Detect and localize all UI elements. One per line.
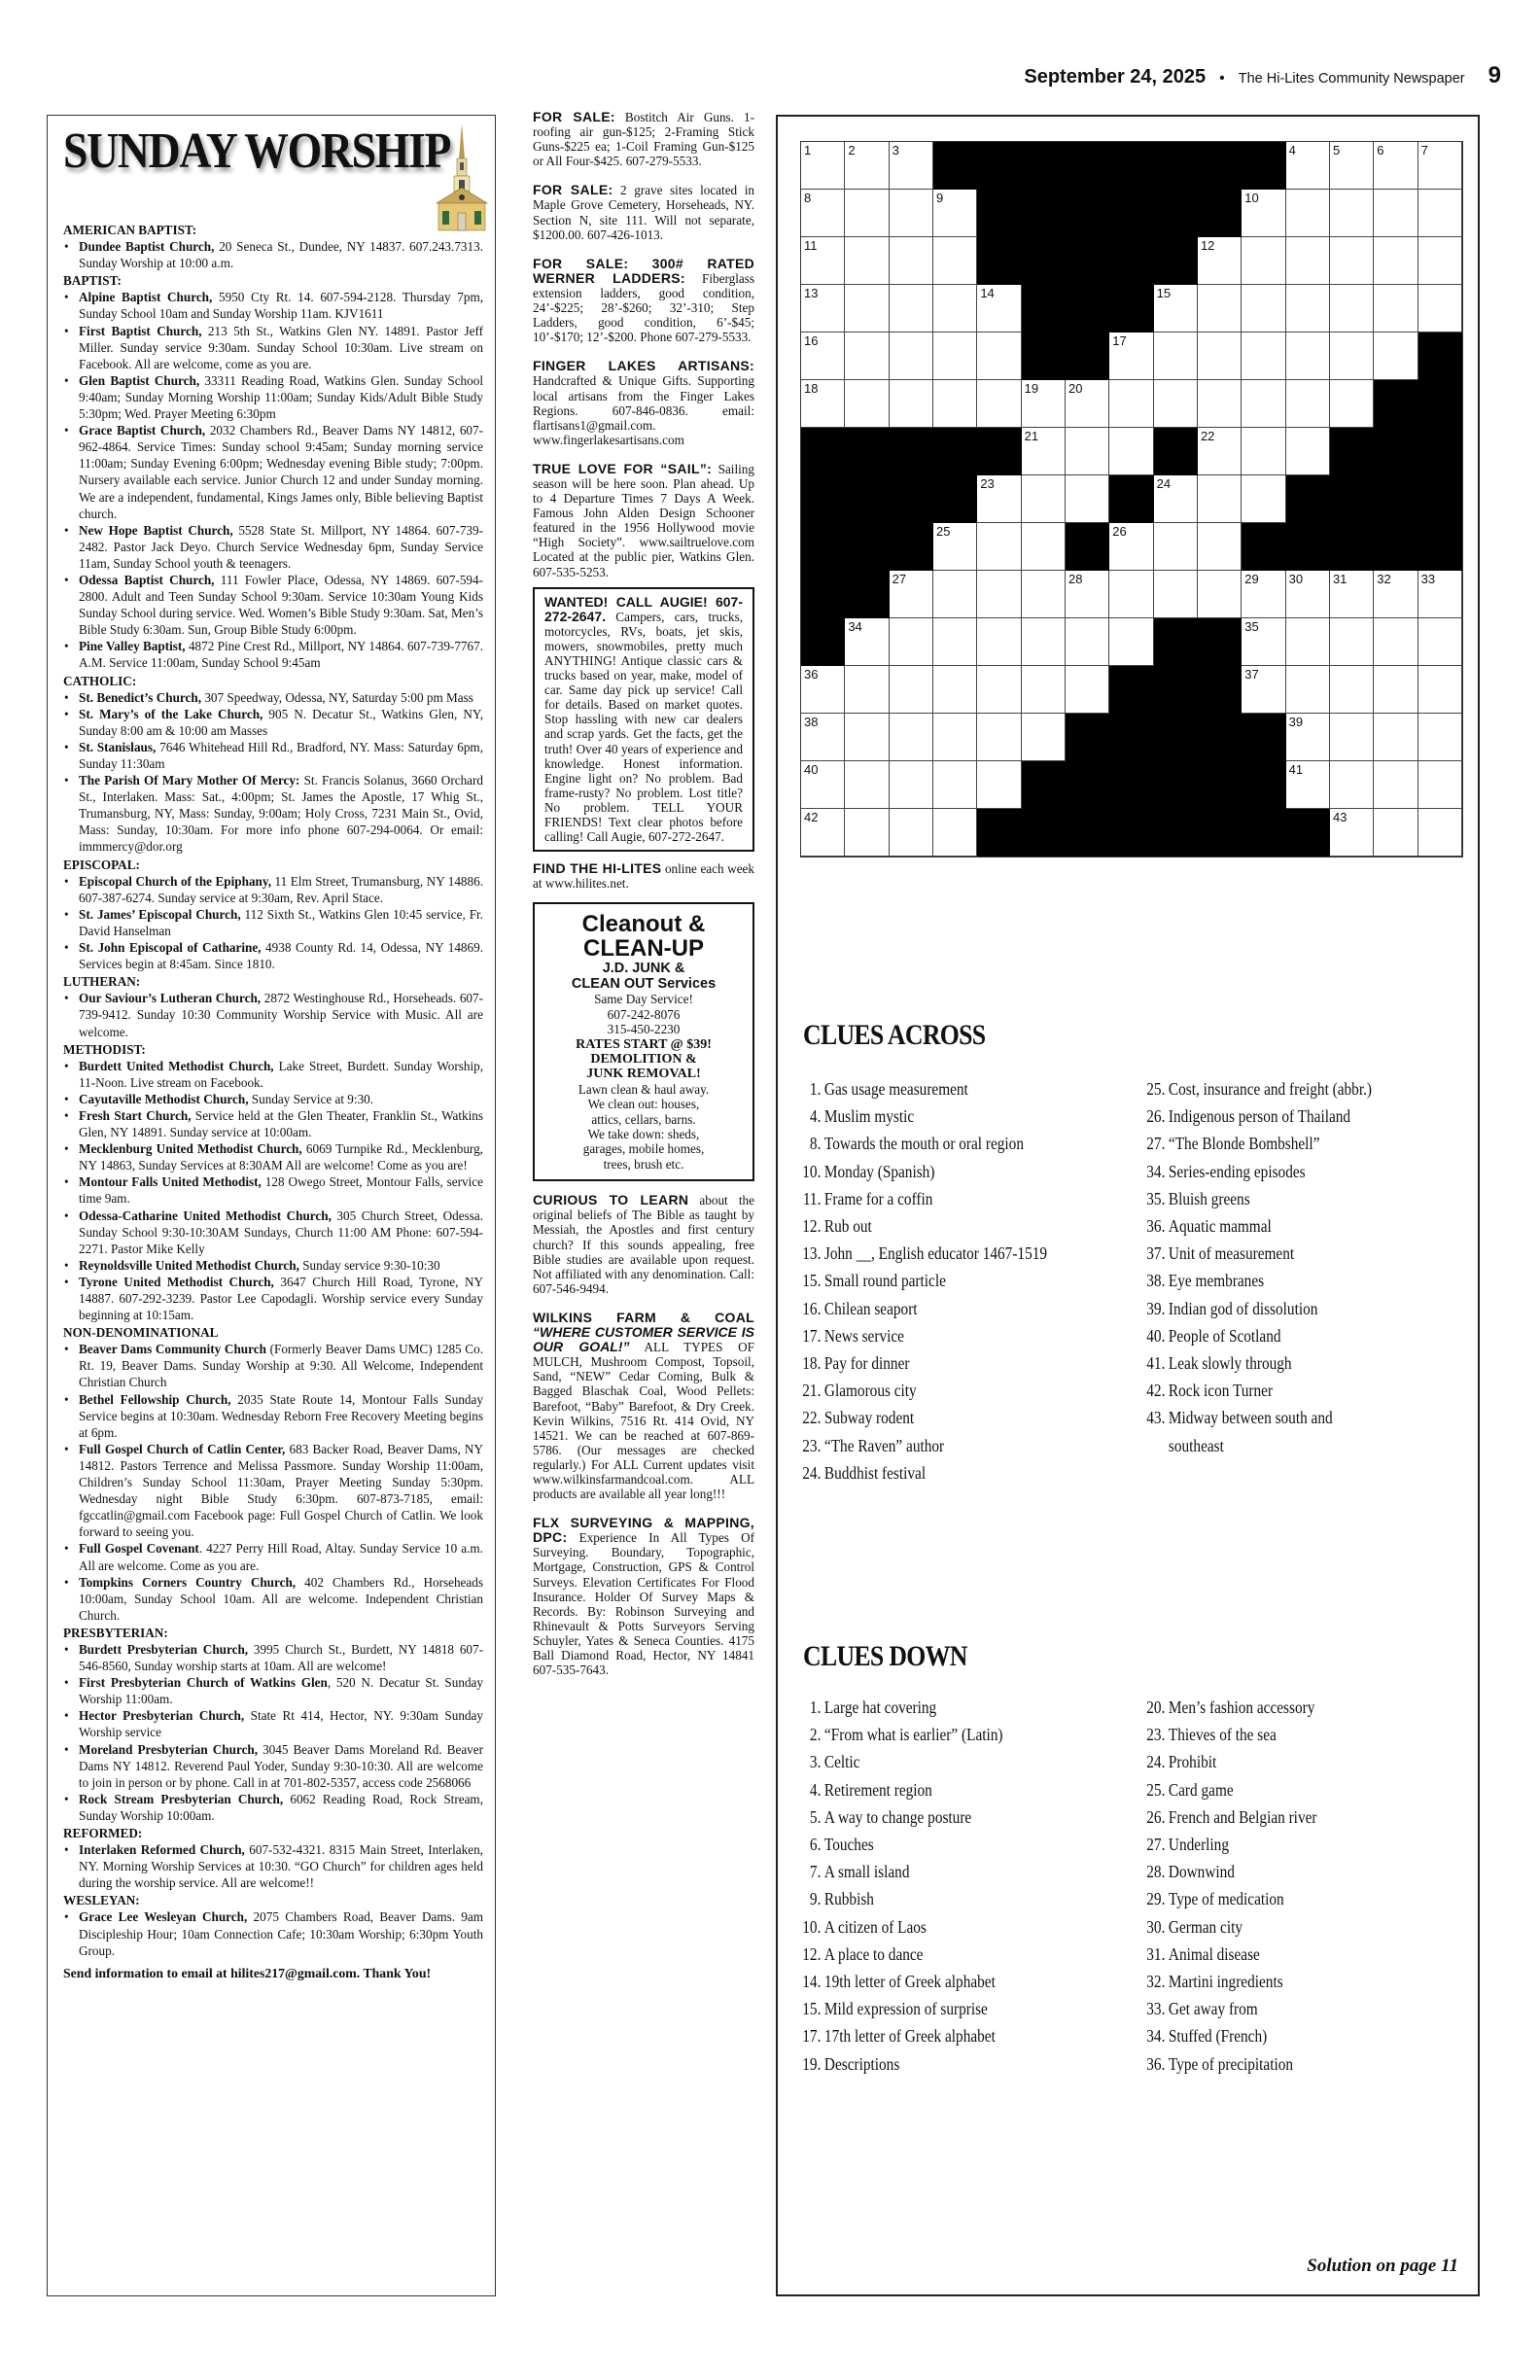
clue-text: Downwind [1169, 1858, 1235, 1885]
classified-ad: FOR SALE: 2 grave sites located in Maple… [533, 183, 754, 241]
crossword-block [1374, 475, 1417, 523]
ad-body: Handcrafted & Unique Gifts. Supporting l… [533, 373, 754, 446]
crossword-cell[interactable] [1418, 190, 1462, 237]
crossword-block [1154, 761, 1198, 809]
clue-label-number: 41. [1139, 1349, 1165, 1377]
crossword-cell[interactable]: 27 [890, 571, 933, 618]
clue-number: 34 [848, 619, 861, 634]
crossword-cell[interactable]: 25 [933, 523, 977, 571]
clue-text: Cost, insurance and freight (abbr.) [1169, 1075, 1372, 1102]
crossword-cell[interactable]: 21 [1022, 428, 1066, 475]
crossword-block [1066, 523, 1109, 571]
clues-across-heading: CLUES ACROSS [803, 1019, 985, 1052]
crossword-cell[interactable] [1418, 666, 1462, 714]
crossword-block [1374, 428, 1417, 475]
clue-number: 41 [1289, 762, 1303, 777]
clue-text: Type of precipitation [1169, 2050, 1293, 2078]
crossword-cell[interactable] [890, 190, 933, 237]
crossword-cell[interactable] [1109, 428, 1153, 475]
page-number: 9 [1488, 62, 1501, 89]
crossword-cell[interactable] [977, 332, 1021, 380]
clue-item: 42.Rock icon Turner [1139, 1377, 1372, 1404]
crossword-cell[interactable] [1242, 475, 1285, 523]
clue-item: 24.Prohibit [1139, 1748, 1316, 1775]
crossword-cell[interactable]: 4 [1286, 142, 1330, 190]
crossword-cell[interactable] [845, 380, 889, 428]
clue-number: 10 [1244, 191, 1258, 205]
crossword-cell[interactable] [1022, 475, 1066, 523]
crossword-cell[interactable] [1286, 332, 1330, 380]
church-name: St. Stanislaus, [79, 740, 156, 754]
church-details: Sunday service 9:30-10:30 [299, 1258, 440, 1273]
crossword-cell[interactable] [1109, 380, 1153, 428]
crossword-cell[interactable] [1374, 761, 1417, 809]
church-listing: Bethel Fellowship Church, 2035 State Rou… [63, 1391, 483, 1441]
crossword-block [801, 475, 845, 523]
crossword-cell[interactable]: 41 [1286, 761, 1330, 809]
crossword-cell[interactable]: 18 [801, 380, 845, 428]
clues-across-left: 1.Gas usage measurement4.Muslim mystic8.… [795, 1075, 1047, 1487]
crossword-block [1198, 714, 1242, 761]
crossword-block [1066, 142, 1109, 190]
clue-text: Midway between south and [1169, 1404, 1333, 1431]
crossword-block [1022, 142, 1066, 190]
crossword-cell[interactable]: 13 [801, 285, 845, 332]
clue-item: 15.Small round particle [795, 1267, 1047, 1294]
clue-text: Unit of measurement [1169, 1240, 1294, 1267]
church-name: St. Mary’s of the Lake Church, [79, 707, 262, 721]
church-name: Beaver Dams Community Church [79, 1342, 266, 1356]
crossword-cell[interactable] [1066, 618, 1109, 666]
crossword-block [1242, 714, 1285, 761]
clue-text: Celtic [824, 1748, 860, 1775]
crossword-cell[interactable] [1330, 666, 1374, 714]
clue-label-number: 8. [795, 1130, 821, 1157]
crossword-cell[interactable] [845, 237, 889, 285]
crossword-cell[interactable] [933, 618, 977, 666]
clue-label-number: 40. [1139, 1322, 1165, 1349]
crossword-cell[interactable] [977, 618, 1021, 666]
crossword-cell[interactable] [1022, 618, 1066, 666]
crossword-cell[interactable] [1109, 618, 1153, 666]
clue-item: southeast [1139, 1432, 1372, 1459]
crossword-block [1022, 761, 1066, 809]
cleanout-line: Same Day Service! [541, 992, 747, 1006]
crossword-block [977, 142, 1021, 190]
crossword-cell[interactable] [1418, 761, 1462, 809]
ad-body: Experience In All Types Of Surveying. Bo… [533, 1530, 754, 1677]
clue-item: 17.News service [795, 1322, 1047, 1349]
clue-number: 5 [1333, 143, 1340, 157]
crossword-cell[interactable] [1286, 666, 1330, 714]
church-name: St. John Episcopal of Catharine, [79, 940, 262, 955]
clue-number: 14 [980, 286, 994, 300]
church-listing: Full Gospel Church of Catlin Center, 683… [63, 1441, 483, 1541]
clue-item: 38.Eye membranes [1139, 1267, 1372, 1294]
clue-item: 17.17th letter of Greek alphabet [795, 2022, 1002, 2049]
crossword-cell[interactable] [933, 237, 977, 285]
classifieds-column: FOR SALE: Bostitch Air Guns. 1-roofing a… [533, 110, 754, 1692]
crossword-cell[interactable] [890, 761, 933, 809]
clue-text: Towards the mouth or oral region [824, 1130, 1024, 1157]
crossword-cell[interactable] [845, 809, 889, 857]
church-listing: Montour Falls United Methodist, 128 Oweg… [63, 1173, 483, 1207]
clue-item: 25.Cost, insurance and freight (abbr.) [1139, 1075, 1372, 1102]
crossword-cell[interactable] [1330, 761, 1374, 809]
header-separator: • [1219, 70, 1225, 87]
crossword-cell[interactable] [1066, 428, 1109, 475]
clue-item: 19.Descriptions [795, 2050, 1002, 2078]
crossword-cell[interactable] [1242, 380, 1285, 428]
crossword-cell[interactable] [1330, 618, 1374, 666]
clue-number: 1 [804, 143, 811, 157]
crossword-cell[interactable] [845, 285, 889, 332]
crossword-cell[interactable] [1330, 285, 1374, 332]
crossword-cell[interactable] [1154, 332, 1198, 380]
crossword-cell[interactable] [890, 237, 933, 285]
church-listing: St. John Episcopal of Catharine, 4938 Co… [63, 939, 483, 972]
crossword-cell[interactable] [1066, 475, 1109, 523]
crossword-cell[interactable]: 34 [845, 618, 889, 666]
clue-item: 11.Frame for a coffin [795, 1185, 1047, 1212]
crossword-cell[interactable] [1242, 237, 1285, 285]
clue-text: Chilean seaport [824, 1295, 918, 1322]
crossword-cell[interactable]: 43 [1330, 809, 1374, 857]
church-name: Grace Lee Wesleyan Church, [79, 1909, 247, 1924]
crossword-cell[interactable] [1374, 332, 1417, 380]
ad-body: ALL TYPES OF MULCH, Mushroom Compost, To… [533, 1340, 754, 1501]
crossword-cell[interactable] [933, 666, 977, 714]
crossword-cell[interactable]: 11 [801, 237, 845, 285]
clue-text: A small island [824, 1858, 910, 1885]
crossword-cell[interactable] [933, 285, 977, 332]
crossword-block [1242, 809, 1285, 857]
clue-number: 23 [980, 476, 994, 491]
crossword-cell[interactable]: 39 [1286, 714, 1330, 761]
crossword-cell[interactable] [1154, 571, 1198, 618]
crossword-cell[interactable]: 30 [1286, 571, 1330, 618]
clue-number: 3 [892, 143, 899, 157]
crossword-cell[interactable] [1109, 571, 1153, 618]
crossword-cell[interactable]: 8 [801, 190, 845, 237]
denomination-heading: NON-DENOMINATIONAL [63, 1324, 483, 1341]
crossword-cell[interactable] [977, 761, 1021, 809]
clue-text: Glamorous city [824, 1377, 917, 1404]
crossword-cell[interactable] [890, 809, 933, 857]
classified-ad: TRUE LOVE FOR “SAIL”: Sailing season wil… [533, 462, 754, 579]
crossword-cell[interactable] [1418, 285, 1462, 332]
crossword-cell[interactable]: 16 [801, 332, 845, 380]
crossword-cell[interactable] [1022, 714, 1066, 761]
crossword-cell[interactable] [1374, 714, 1417, 761]
denomination-heading: CATHOLIC: [63, 673, 483, 689]
crossword-cell[interactable] [1286, 428, 1330, 475]
crossword-cell[interactable] [977, 714, 1021, 761]
crossword-cell[interactable] [1374, 190, 1417, 237]
crossword-cell[interactable] [1330, 237, 1374, 285]
church-name: St. Benedict’s Church, [79, 690, 201, 705]
crossword-cell[interactable] [1198, 380, 1242, 428]
crossword-cell[interactable] [1198, 523, 1242, 571]
crossword-cell[interactable] [1418, 809, 1462, 857]
clue-item: 12.A place to dance [795, 1941, 1002, 1968]
crossword-cell[interactable] [1022, 571, 1066, 618]
crossword-cell[interactable]: 9 [933, 190, 977, 237]
crossword-cell[interactable] [1154, 523, 1198, 571]
clue-text: Rub out [824, 1212, 872, 1240]
denomination-section: METHODIST: Burdett United Methodist Chur… [63, 1041, 483, 1324]
clue-item: 31.Animal disease [1139, 1941, 1316, 1968]
crossword-cell[interactable] [1242, 332, 1285, 380]
crossword-cell[interactable] [1418, 237, 1462, 285]
clue-number: 4 [1289, 143, 1296, 157]
crossword-block [1154, 428, 1198, 475]
crossword-block [1330, 523, 1374, 571]
clue-text: Rock icon Turner [1169, 1377, 1273, 1404]
crossword-cell[interactable]: 37 [1242, 666, 1285, 714]
cleanout-line: We take down: sheds, [541, 1127, 747, 1141]
crossword-cell[interactable] [890, 285, 933, 332]
crossword-cell[interactable] [933, 714, 977, 761]
crossword-cell[interactable]: 28 [1066, 571, 1109, 618]
church-listing: Fresh Start Church, Service held at the … [63, 1107, 483, 1140]
clue-text: Martini ingredients [1169, 1968, 1283, 1995]
crossword-cell[interactable] [890, 332, 933, 380]
denomination-heading: LUTHERAN: [63, 973, 483, 990]
crossword-cell[interactable]: 24 [1154, 475, 1198, 523]
crossword-cell[interactable] [1374, 237, 1417, 285]
clue-item: 41.Leak slowly through [1139, 1349, 1372, 1377]
crossword-block [1066, 285, 1109, 332]
crossword-cell[interactable] [933, 809, 977, 857]
crossword-grid[interactable]: 1234567891011121314151617181920212223242… [800, 141, 1463, 857]
clue-number: 38 [804, 715, 818, 729]
crossword-cell[interactable] [977, 666, 1021, 714]
crossword-cell[interactable] [1198, 571, 1242, 618]
crossword-cell[interactable] [1418, 618, 1462, 666]
church-listing: Mecklenburg United Methodist Church, 606… [63, 1140, 483, 1173]
clue-text: “From what is earlier” (Latin) [824, 1721, 1003, 1748]
crossword-cell[interactable] [1198, 475, 1242, 523]
crossword-cell[interactable] [1022, 523, 1066, 571]
crossword-cell[interactable]: 7 [1418, 142, 1462, 190]
crossword-cell[interactable] [1330, 190, 1374, 237]
church-name: Episcopal Church of the Epiphany, [79, 874, 271, 889]
clue-item: 36.Aquatic mammal [1139, 1212, 1372, 1240]
clue-text: Retirement region [824, 1776, 932, 1803]
crossword-cell[interactable] [1374, 285, 1417, 332]
clue-label-number: 20. [1139, 1694, 1165, 1721]
cleanout-demolition: DEMOLITION & [541, 1052, 747, 1067]
cleanout-demolition: JUNK REMOVAL! [541, 1067, 747, 1081]
crossword-cell[interactable] [1286, 285, 1330, 332]
classified-ad: WILKINS FARM & COAL “WHERE CUSTOMER SERV… [533, 1311, 754, 1501]
crossword-cell[interactable]: 1 [801, 142, 845, 190]
crossword-cell[interactable]: 20 [1066, 380, 1109, 428]
ad-heading: FOR SALE: [533, 109, 615, 124]
crossword-block [1242, 142, 1285, 190]
crossword-cell[interactable] [1330, 380, 1374, 428]
crossword-cell[interactable] [845, 332, 889, 380]
clue-label-number: 25. [1139, 1776, 1165, 1803]
clue-text: Get away from [1169, 1995, 1258, 2022]
clue-number: 24 [1157, 476, 1171, 491]
clue-number: 30 [1289, 572, 1303, 586]
church-name: Bethel Fellowship Church, [79, 1392, 231, 1407]
clue-number: 25 [936, 524, 950, 539]
ad-body: Sailing season will be here soon. Plan a… [533, 462, 754, 579]
crossword-cell[interactable] [977, 523, 1021, 571]
clue-text: Rubbish [824, 1885, 874, 1912]
crossword-cell[interactable] [890, 666, 933, 714]
crossword-cell[interactable] [890, 618, 933, 666]
crossword-cell[interactable]: 42 [801, 809, 845, 857]
denomination-section: LUTHERAN: Our Saviour’s Lutheran Church,… [63, 973, 483, 1039]
crossword-cell[interactable] [1374, 666, 1417, 714]
clue-label-number: 25. [1139, 1075, 1165, 1102]
cleanout-line: Lawn clean & haul away. [541, 1082, 747, 1097]
clue-number: 40 [804, 762, 818, 777]
clue-label-number: 36. [1139, 1212, 1165, 1240]
crossword-cell[interactable]: 15 [1154, 285, 1198, 332]
crossword-cell[interactable] [1242, 285, 1285, 332]
crossword-cell[interactable] [845, 666, 889, 714]
crossword-cell[interactable]: 26 [1109, 523, 1153, 571]
crossword-cell[interactable]: 19 [1022, 380, 1066, 428]
crossword-cell[interactable]: 32 [1374, 571, 1417, 618]
crossword-cell[interactable] [1198, 285, 1242, 332]
crossword-cell[interactable] [1066, 666, 1109, 714]
church-name: Mecklenburg United Methodist Church, [79, 1141, 302, 1156]
crossword-block [1109, 190, 1153, 237]
clue-text: People of Scotland [1169, 1322, 1281, 1349]
clue-text: southeast [1169, 1432, 1224, 1459]
crossword-block [977, 428, 1021, 475]
church-listing: Beaver Dams Community Church (Formerly B… [63, 1341, 483, 1390]
crossword-block [1022, 190, 1066, 237]
clue-item: 43.Midway between south and [1139, 1404, 1372, 1431]
church-name: Burdett United Methodist Church, [79, 1059, 274, 1073]
crossword-cell[interactable]: 2 [845, 142, 889, 190]
clue-item: 16.Chilean seaport [795, 1295, 1047, 1322]
crossword-cell[interactable] [845, 190, 889, 237]
denomination-section: EPISCOPAL: Episcopal Church of the Epiph… [63, 857, 483, 973]
crossword-cell[interactable] [1198, 332, 1242, 380]
crossword-cell[interactable] [933, 380, 977, 428]
ad-heading: FINGER LAKES ARTISANS: [533, 358, 754, 373]
crossword-cell[interactable]: 5 [1330, 142, 1374, 190]
crossword-cell[interactable]: 29 [1242, 571, 1285, 618]
clue-label-number: 34. [1139, 2022, 1165, 2049]
crossword-cell[interactable] [1154, 380, 1198, 428]
crossword-cell[interactable]: 36 [801, 666, 845, 714]
clue-item: 39.Indian god of dissolution [1139, 1295, 1372, 1322]
crossword-block [890, 475, 933, 523]
crossword-cell[interactable] [977, 380, 1021, 428]
cleanout-title: CLEAN-UP [541, 936, 747, 961]
crossword-cell[interactable]: 6 [1374, 142, 1417, 190]
crossword-cell[interactable]: 31 [1330, 571, 1374, 618]
crossword-cell[interactable] [1242, 428, 1285, 475]
crossword-cell[interactable]: 38 [801, 714, 845, 761]
crossword-block [890, 428, 933, 475]
clue-label-number: 1. [795, 1075, 821, 1102]
clue-text: French and Belgian river [1169, 1803, 1317, 1831]
clue-label-number: 7. [795, 1858, 821, 1885]
crossword-block [1022, 285, 1066, 332]
clue-item: 21.Glamorous city [795, 1377, 1047, 1404]
clue-number: 15 [1157, 286, 1171, 300]
crossword-cell[interactable] [933, 761, 977, 809]
crossword-cell[interactable] [1286, 237, 1330, 285]
clue-label-number: 43. [1139, 1404, 1165, 1431]
church-name: Montour Falls United Methodist, [79, 1174, 262, 1189]
crossword-cell[interactable] [1330, 714, 1374, 761]
crossword-cell[interactable] [1286, 618, 1330, 666]
crossword-cell[interactable] [1418, 714, 1462, 761]
crossword-cell[interactable] [1286, 380, 1330, 428]
crossword-cell[interactable] [1330, 332, 1374, 380]
crossword-block [801, 428, 845, 475]
clue-text: News service [824, 1322, 904, 1349]
crossword-cell[interactable] [1022, 666, 1066, 714]
crossword-cell[interactable] [845, 761, 889, 809]
clue-text: Aquatic mammal [1169, 1212, 1272, 1240]
crossword-cell[interactable] [1374, 809, 1417, 857]
crossword-block [1242, 523, 1285, 571]
crossword-cell[interactable]: 14 [977, 285, 1021, 332]
crossword-cell[interactable] [1286, 190, 1330, 237]
clue-text: “The Raven” author [824, 1432, 944, 1459]
crossword-cell[interactable]: 12 [1198, 237, 1242, 285]
crossword-cell[interactable]: 23 [977, 475, 1021, 523]
church-name: The Parish Of Mary Mother Of Mercy: [79, 773, 299, 787]
clue-number: 19 [1025, 381, 1038, 396]
clue-label-number: 37. [1139, 1240, 1165, 1267]
clue-label-number: 9. [795, 1885, 821, 1912]
cleanout-phone: 315-450-2230 [541, 1022, 747, 1036]
clue-label-number: 1. [795, 1694, 821, 1721]
denomination-section: PRESBYTERIAN: Burdett Presbyterian Churc… [63, 1625, 483, 1824]
clue-item: 14.19th letter of Greek alphabet [795, 1968, 1002, 1995]
clue-number: 33 [1421, 572, 1435, 586]
crossword-cell[interactable]: 40 [801, 761, 845, 809]
church-listing: Burdett United Methodist Church, Lake St… [63, 1058, 483, 1091]
crossword-cell[interactable] [890, 380, 933, 428]
clue-text: Gas usage measurement [824, 1075, 968, 1102]
crossword-cell[interactable] [1374, 618, 1417, 666]
crossword-cell[interactable] [845, 714, 889, 761]
crossword-cell[interactable]: 10 [1242, 190, 1285, 237]
clue-label-number: 26. [1139, 1102, 1165, 1130]
clue-item: 25.Card game [1139, 1776, 1316, 1803]
crossword-cell[interactable] [890, 714, 933, 761]
crossword-cell[interactable]: 35 [1242, 618, 1285, 666]
clue-number: 7 [1421, 143, 1428, 157]
crossword-cell[interactable]: 17 [1109, 332, 1153, 380]
crossword-cell[interactable]: 33 [1418, 571, 1462, 618]
crossword-cell[interactable] [977, 571, 1021, 618]
crossword-cell[interactable]: 22 [1198, 428, 1242, 475]
crossword-block [933, 428, 977, 475]
clue-number: 32 [1377, 572, 1390, 586]
crossword-cell[interactable] [933, 571, 977, 618]
crossword-cell[interactable]: 3 [890, 142, 933, 190]
clue-label-number: 38. [1139, 1267, 1165, 1294]
clue-label-number: 13. [795, 1240, 821, 1267]
crossword-cell[interactable] [933, 332, 977, 380]
clue-item: 23.Thieves of the sea [1139, 1721, 1316, 1748]
